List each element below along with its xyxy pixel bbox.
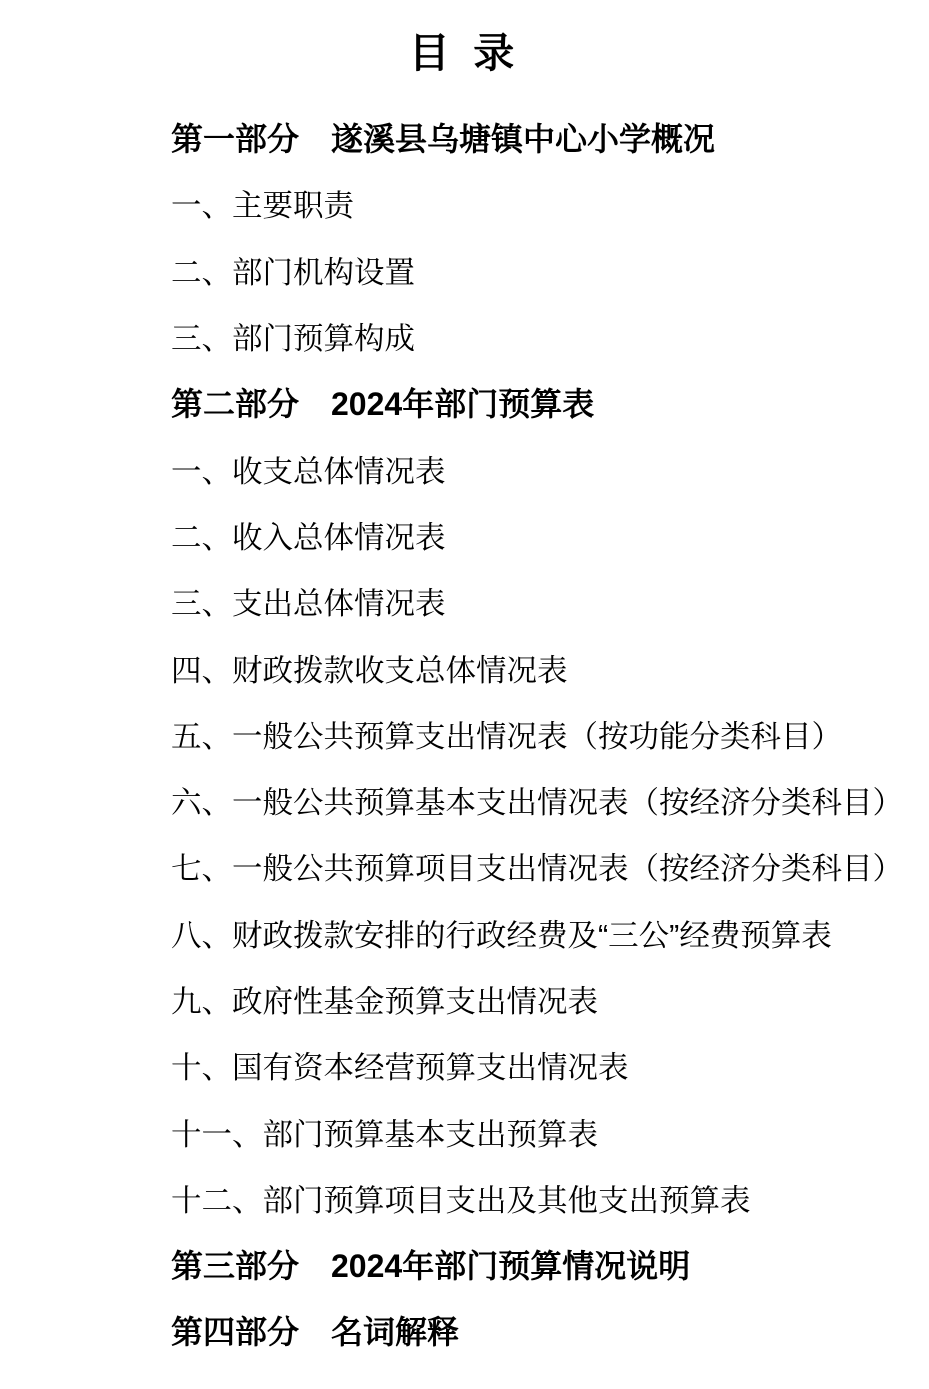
- toc-item-part1-3: 三、部门预算构成: [171, 303, 899, 369]
- toc-item-part2-5: 五、一般公共预算支出情况表（按功能分类科目）: [171, 701, 899, 767]
- toc-list: 第一部分 遂溪县乌塘镇中心小学概况 一、主要职责 二、部门机构设置 三、部门预算…: [0, 82, 929, 1364]
- toc-item-part2-12: 十二、部门预算项目支出及其他支出预算表: [171, 1165, 899, 1231]
- toc-page: 目 录 第一部分 遂溪县乌塘镇中心小学概况 一、主要职责 二、部门机构设置 三、…: [0, 0, 929, 1389]
- toc-item-part1-1: 一、主要职责: [171, 170, 899, 236]
- toc-item-part2-1: 一、收支总体情况表: [171, 435, 899, 501]
- toc-item-part2-2: 二、收入总体情况表: [171, 502, 899, 568]
- toc-part-4: 第四部分 名词解释: [171, 1297, 899, 1363]
- toc-item-part2-11: 十一、部门预算基本支出预算表: [171, 1098, 899, 1164]
- toc-part-1: 第一部分 遂溪县乌塘镇中心小学概况: [171, 104, 899, 170]
- toc-item-part2-3: 三、支出总体情况表: [171, 568, 899, 634]
- toc-item-part2-8: 八、财政拨款安排的行政经费及“三公”经费预算表: [171, 900, 899, 966]
- page-title: 目 录: [0, 0, 929, 82]
- toc-item-part2-4: 四、财政拨款收支总体情况表: [171, 634, 899, 700]
- toc-part-2: 第二部分 2024年部门预算表: [171, 369, 899, 435]
- toc-part-3: 第三部分 2024年部门预算情况说明: [171, 1231, 899, 1297]
- toc-item-part2-6: 六、一般公共预算基本支出情况表（按经济分类科目）: [171, 767, 899, 833]
- toc-item-part1-2: 二、部门机构设置: [171, 237, 899, 303]
- toc-item-part2-7: 七、一般公共预算项目支出情况表（按经济分类科目）: [171, 833, 899, 899]
- toc-item-part2-9: 九、政府性基金预算支出情况表: [171, 966, 899, 1032]
- toc-item-part2-10: 十、国有资本经营预算支出情况表: [171, 1032, 899, 1098]
